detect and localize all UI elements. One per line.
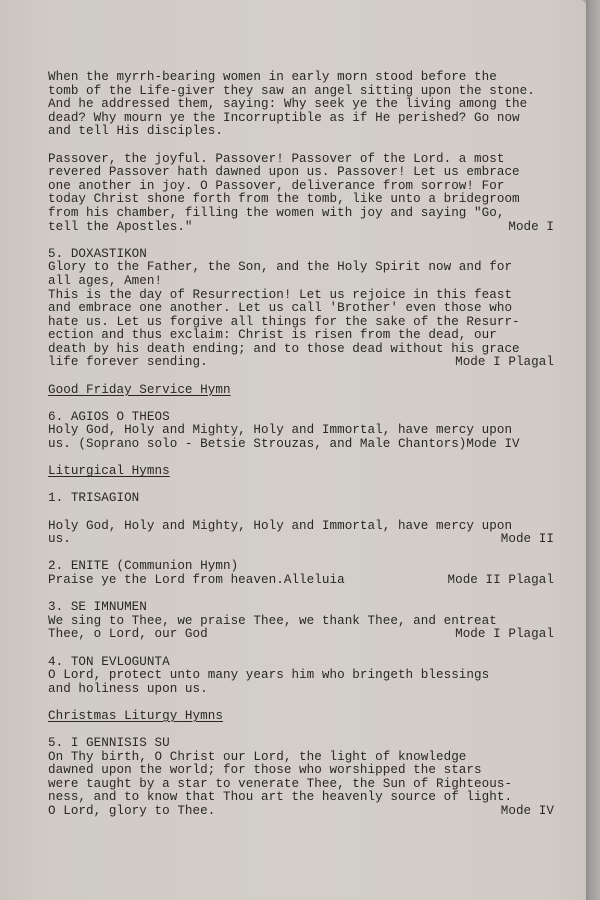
- hymn-trisagion: 1. TRISAGION Holy God, Holy and Mighty, …: [48, 492, 560, 546]
- hymn-agios-o-theos: 6. AGIOS O THEOS Holy God, Holy and Migh…: [48, 411, 560, 452]
- myrrh-bearers-paragraph: When the myrrh-bearing women in early mo…: [48, 71, 560, 139]
- line-with-mode: tell the Apostles." Mode I: [48, 221, 560, 235]
- line-with-mode: O Lord, glory to Thee. Mode IV: [48, 805, 560, 819]
- text-line: life forever sending.: [48, 356, 208, 370]
- mode-label: Mode I Plagal: [455, 356, 560, 370]
- line-with-mode: Praise ye the Lord from heaven.Alleluia …: [48, 574, 560, 588]
- text-line: and embrace one another. Let us call 'Br…: [48, 302, 560, 316]
- hymn-title: 4. TON EVLOGUNTA: [48, 656, 560, 670]
- section-heading: Christmas Liturgy Hymns: [48, 710, 223, 724]
- text-line: We sing to Thee, we praise Thee, we than…: [48, 615, 560, 629]
- mode-label: Mode II: [501, 533, 560, 547]
- text-line: from his chamber, filling the women with…: [48, 207, 560, 221]
- line-with-mode: Thee, o Lord, our God Mode I Plagal: [48, 628, 560, 642]
- page-edge-shadow: [586, 0, 600, 900]
- section-good-friday: Good Friday Service Hymn: [48, 384, 560, 398]
- hymn-title: 5. DOXASTIKON: [48, 248, 560, 262]
- text-line: Praise ye the Lord from heaven.Alleluia: [48, 574, 345, 588]
- hymn-i-gennisis-su: 5. I GENNISIS SU On Thy birth, O Christ …: [48, 737, 560, 819]
- section-heading: Good Friday Service Hymn: [48, 384, 231, 398]
- text-line: dead? Why mourn ye the Incorruptible as …: [48, 112, 560, 126]
- section-christmas-liturgy: Christmas Liturgy Hymns: [48, 710, 560, 724]
- text-line: Glory to the Father, the Son, and the Ho…: [48, 261, 560, 275]
- text-line: all ages, Amen!: [48, 275, 560, 289]
- text-line: dawned upon the world; for those who wor…: [48, 764, 560, 778]
- section-heading: Liturgical Hymns: [48, 465, 170, 479]
- text-line: revered Passover hath dawned upon us. Pa…: [48, 166, 560, 180]
- line-with-mode: us. Mode II: [48, 533, 560, 547]
- text-line: When the myrrh-bearing women in early mo…: [48, 71, 560, 85]
- text-line: Thee, o Lord, our God: [48, 628, 208, 642]
- text-line: ness, and to know that Thou art the heav…: [48, 791, 560, 805]
- text-line: O Lord, glory to Thee.: [48, 805, 215, 819]
- text-line: ection and thus exclaim: Christ is risen…: [48, 329, 560, 343]
- hymn-title: 1. TRISAGION: [48, 492, 560, 506]
- text-line: us.: [48, 533, 71, 547]
- mode-label: Mode I: [508, 221, 560, 235]
- text-line: On Thy birth, O Christ our Lord, the lig…: [48, 751, 560, 765]
- passover-paragraph: Passover, the joyful. Passover! Passover…: [48, 153, 560, 235]
- text-line: tell the Apostles.": [48, 221, 193, 235]
- typewritten-program-page: When the myrrh-bearing women in early mo…: [48, 71, 560, 832]
- hymn-se-imnumen: 3. SE IMNUMEN We sing to Thee, we praise…: [48, 601, 560, 642]
- hymn-doxastikon: 5. DOXASTIKON Glory to the Father, the S…: [48, 248, 560, 370]
- text-line: and tell His disciples.: [48, 125, 560, 139]
- text-line: And he addressed them, saying: Why seek …: [48, 98, 560, 112]
- text-line: Holy God, Holy and Mighty, Holy and Immo…: [48, 520, 560, 534]
- text-line: O Lord, protect unto many years him who …: [48, 669, 560, 683]
- section-liturgical-hymns: Liturgical Hymns: [48, 465, 560, 479]
- text-line: were taught by a star to venerate Thee, …: [48, 778, 560, 792]
- mode-label: Mode IV: [501, 805, 560, 819]
- text-line: hate us. Let us forgive all things for t…: [48, 316, 560, 330]
- text-line: today Christ shone forth from the tomb, …: [48, 193, 560, 207]
- hymn-title: 3. SE IMNUMEN: [48, 601, 560, 615]
- mode-label: Mode I Plagal: [455, 628, 560, 642]
- text-line: death by his death ending; and to those …: [48, 343, 560, 357]
- hymn-title: 6. AGIOS O THEOS: [48, 411, 560, 425]
- hymn-title: 5. I GENNISIS SU: [48, 737, 560, 751]
- hymn-ton-evlogunta: 4. TON EVLOGUNTA O Lord, protect unto ma…: [48, 656, 560, 697]
- hymn-enite: 2. ENITE (Communion Hymn) Praise ye the …: [48, 560, 560, 587]
- text-line: one another in joy. O Passover, delivera…: [48, 180, 560, 194]
- text-line: and holiness upon us.: [48, 683, 560, 697]
- text-line: tomb of the Life-giver they saw an angel…: [48, 85, 560, 99]
- hymn-title: 2. ENITE (Communion Hymn): [48, 560, 560, 574]
- text-line: Passover, the joyful. Passover! Passover…: [48, 153, 560, 167]
- text-line: us. (Soprano solo - Betsie Strouzas, and…: [48, 438, 560, 452]
- line-with-mode: life forever sending. Mode I Plagal: [48, 356, 560, 370]
- text-line: This is the day of Resurrection! Let us …: [48, 289, 560, 303]
- mode-label: Mode II Plagal: [447, 574, 560, 588]
- text-line: Holy God, Holy and Mighty, Holy and Immo…: [48, 424, 560, 438]
